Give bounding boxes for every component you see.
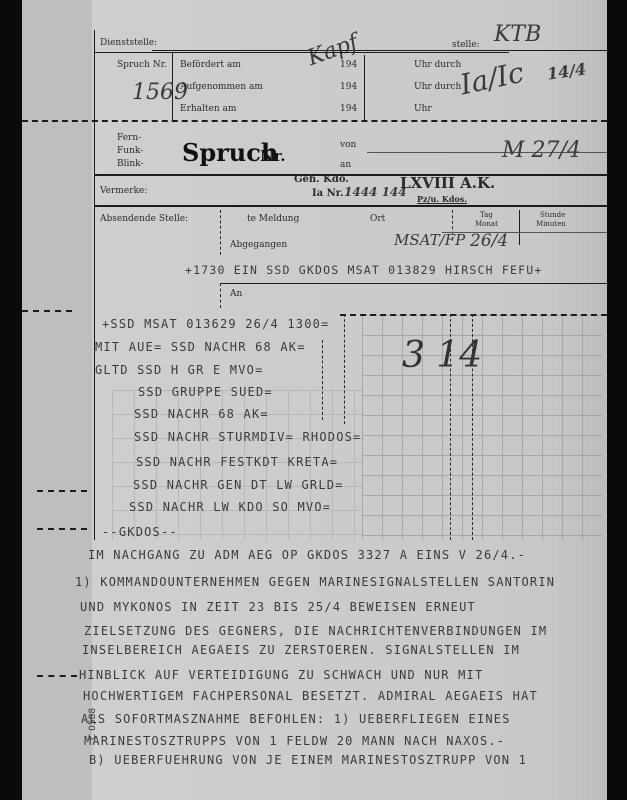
time-box-left-border <box>364 55 365 120</box>
address-line-10: --GKDOS-- <box>102 525 178 539</box>
tag-divider <box>519 210 520 245</box>
cut-line-top <box>22 120 607 122</box>
body-line-1: IM NACHGANG ZU ADM AEG OP GKDOS 3327 A E… <box>88 548 526 562</box>
address-line-2: MIT AUE= SSD NACHR 68 AK= <box>95 340 306 354</box>
an-row-divider <box>220 283 221 308</box>
abgegangen-ort: MSAT/FP <box>394 231 465 249</box>
stamp-corps: LXVIII A.K. <box>400 174 495 192</box>
cut-line-left-2 <box>37 490 87 492</box>
stamp-number: 1444 144 <box>344 185 407 199</box>
body-line-5: INSELBEREICH AEGAEIS ZU ZERSTOEREN. SIGN… <box>82 643 520 657</box>
body-line-2: 1) KOMMANDOUNTERNEHMEN GEGEN MARINESIGNA… <box>75 575 555 589</box>
absendende-label: Absendende Stelle: <box>100 214 188 224</box>
von-label: von <box>340 140 356 150</box>
teletype-header: +1730 EIN SSD GKDOS MSAT 013829 HIRSCH F… <box>185 263 542 277</box>
absendende-divider <box>220 210 221 255</box>
address-line-7: SSD NACHR FESTKDT KRETA= <box>136 455 338 469</box>
cut-line-left-1 <box>22 310 72 312</box>
body-line-9: MARINESTOSZTRUPPS VON 1 FELDW 20 MANN NA… <box>84 734 505 748</box>
stunde-label: Stunde <box>540 211 565 219</box>
year-3: 194 <box>340 104 357 114</box>
body-line-4: ZIELSETZUNG DES GEGNERS, DIE NACHRICHTEN… <box>84 624 547 638</box>
grid-dash-v1 <box>344 314 345 424</box>
an-label: an <box>340 160 351 170</box>
dienststelle-label: Dienststelle: <box>100 38 157 48</box>
header-divider <box>94 52 509 53</box>
body-line-3: UND MYKONOS IN ZEIT 23 BIS 25/4 BEWEISEN… <box>80 600 476 614</box>
address-line-6: SSD NACHR STURMDIV= RHODOS= <box>134 430 361 444</box>
document-page: Dienststelle: stelle: KTB Kapf Spruch Nr… <box>22 0 607 800</box>
handwritten-date-top: 14/4 <box>546 59 588 83</box>
tag-label: Tag <box>480 211 493 219</box>
uhr-durch-1-label: Uhr durch <box>414 60 461 70</box>
stelle-label: stelle: <box>452 40 480 50</box>
ort-label: Ort <box>370 214 385 224</box>
page-number-handwritten: 3 14 <box>402 335 482 376</box>
address-line-3: GLTD SSD H GR E MVO= <box>95 363 264 377</box>
address-line-9: SSD NACHR LW KDO SO MVO= <box>129 500 331 514</box>
year-1: 194 <box>340 60 357 70</box>
handwritten-ia: Ia/Ic <box>457 56 526 102</box>
address-line-4: SSD GRUPPE SUED= <box>138 385 273 399</box>
an-row-rule <box>220 283 607 284</box>
body-line-7: HOCHWERTIGEM FACHPERSONAL BESETZT. ADMIR… <box>83 689 538 703</box>
vermerke-top-rule <box>94 174 607 176</box>
stamp-geh-kdo: Geh. Kdo. <box>294 174 349 185</box>
body-line-6: HINBLICK AUF VERTEIDIGUNG ZU SCHWACH UND… <box>79 668 483 682</box>
body-line-10: B) UEBERFUEHRUNG VON JE EINEM MARINESTOS… <box>89 753 527 767</box>
meldung-label: te Meldung <box>247 214 299 224</box>
vermerke-label: Vermerke: <box>100 186 147 196</box>
uhr-label: Uhr <box>414 104 432 114</box>
befoerdert-label: Befördert am <box>180 60 241 70</box>
address-line-5: SSD NACHR 68 AK= <box>134 407 269 421</box>
grid-top-dashed <box>340 314 607 316</box>
handwritten-initial: M 27/4 <box>502 138 581 163</box>
abgegangen-label: Abgegangen <box>230 240 287 250</box>
fern-label: Fern- <box>117 133 141 143</box>
minuten-label: Minuten <box>536 220 566 228</box>
body-line-8: ALS SOFORTMASZNAHME BEFOHLEN: 1) UEBERFL… <box>81 712 511 726</box>
cut-line-left-3 <box>37 528 87 530</box>
abgegangen-date: 26/4 <box>470 231 508 251</box>
uhr-durch-2-label: Uhr durch <box>414 82 461 92</box>
dienststelle-line <box>152 50 607 51</box>
address-line-1: +SSD MSAT 013629 26/4 1300= <box>102 317 329 331</box>
cut-line-left-4 <box>37 675 77 677</box>
vermerke-bottom-rule <box>94 205 607 207</box>
funk-label: Funk- <box>117 146 143 156</box>
stelle-handwritten: KTB <box>494 22 541 47</box>
aufgenommen-label: Aufgenommen am <box>180 82 263 92</box>
an-row-label: An <box>230 289 242 299</box>
erhalten-label: Erhalten am <box>180 104 236 114</box>
address-line-8: SSD NACHR GEN DT LW GRLD= <box>133 478 344 492</box>
tag-header-line <box>442 232 607 233</box>
stamp-sub: Pz/u. Kdos. <box>417 194 467 204</box>
stamp-ia-nr: Ia Nr. <box>312 188 344 199</box>
monat-label: Monat <box>475 220 498 228</box>
year-2: 194 <box>340 82 357 92</box>
grid-dash-v0 <box>322 340 323 420</box>
form-left-border <box>94 30 95 540</box>
blink-label: Blink- <box>117 159 144 169</box>
archive-side-number: C 0588 <box>88 708 98 740</box>
spruch-nr-suffix: Nr. <box>260 147 285 165</box>
spruch-nr-label: Spruch Nr. <box>117 60 167 70</box>
